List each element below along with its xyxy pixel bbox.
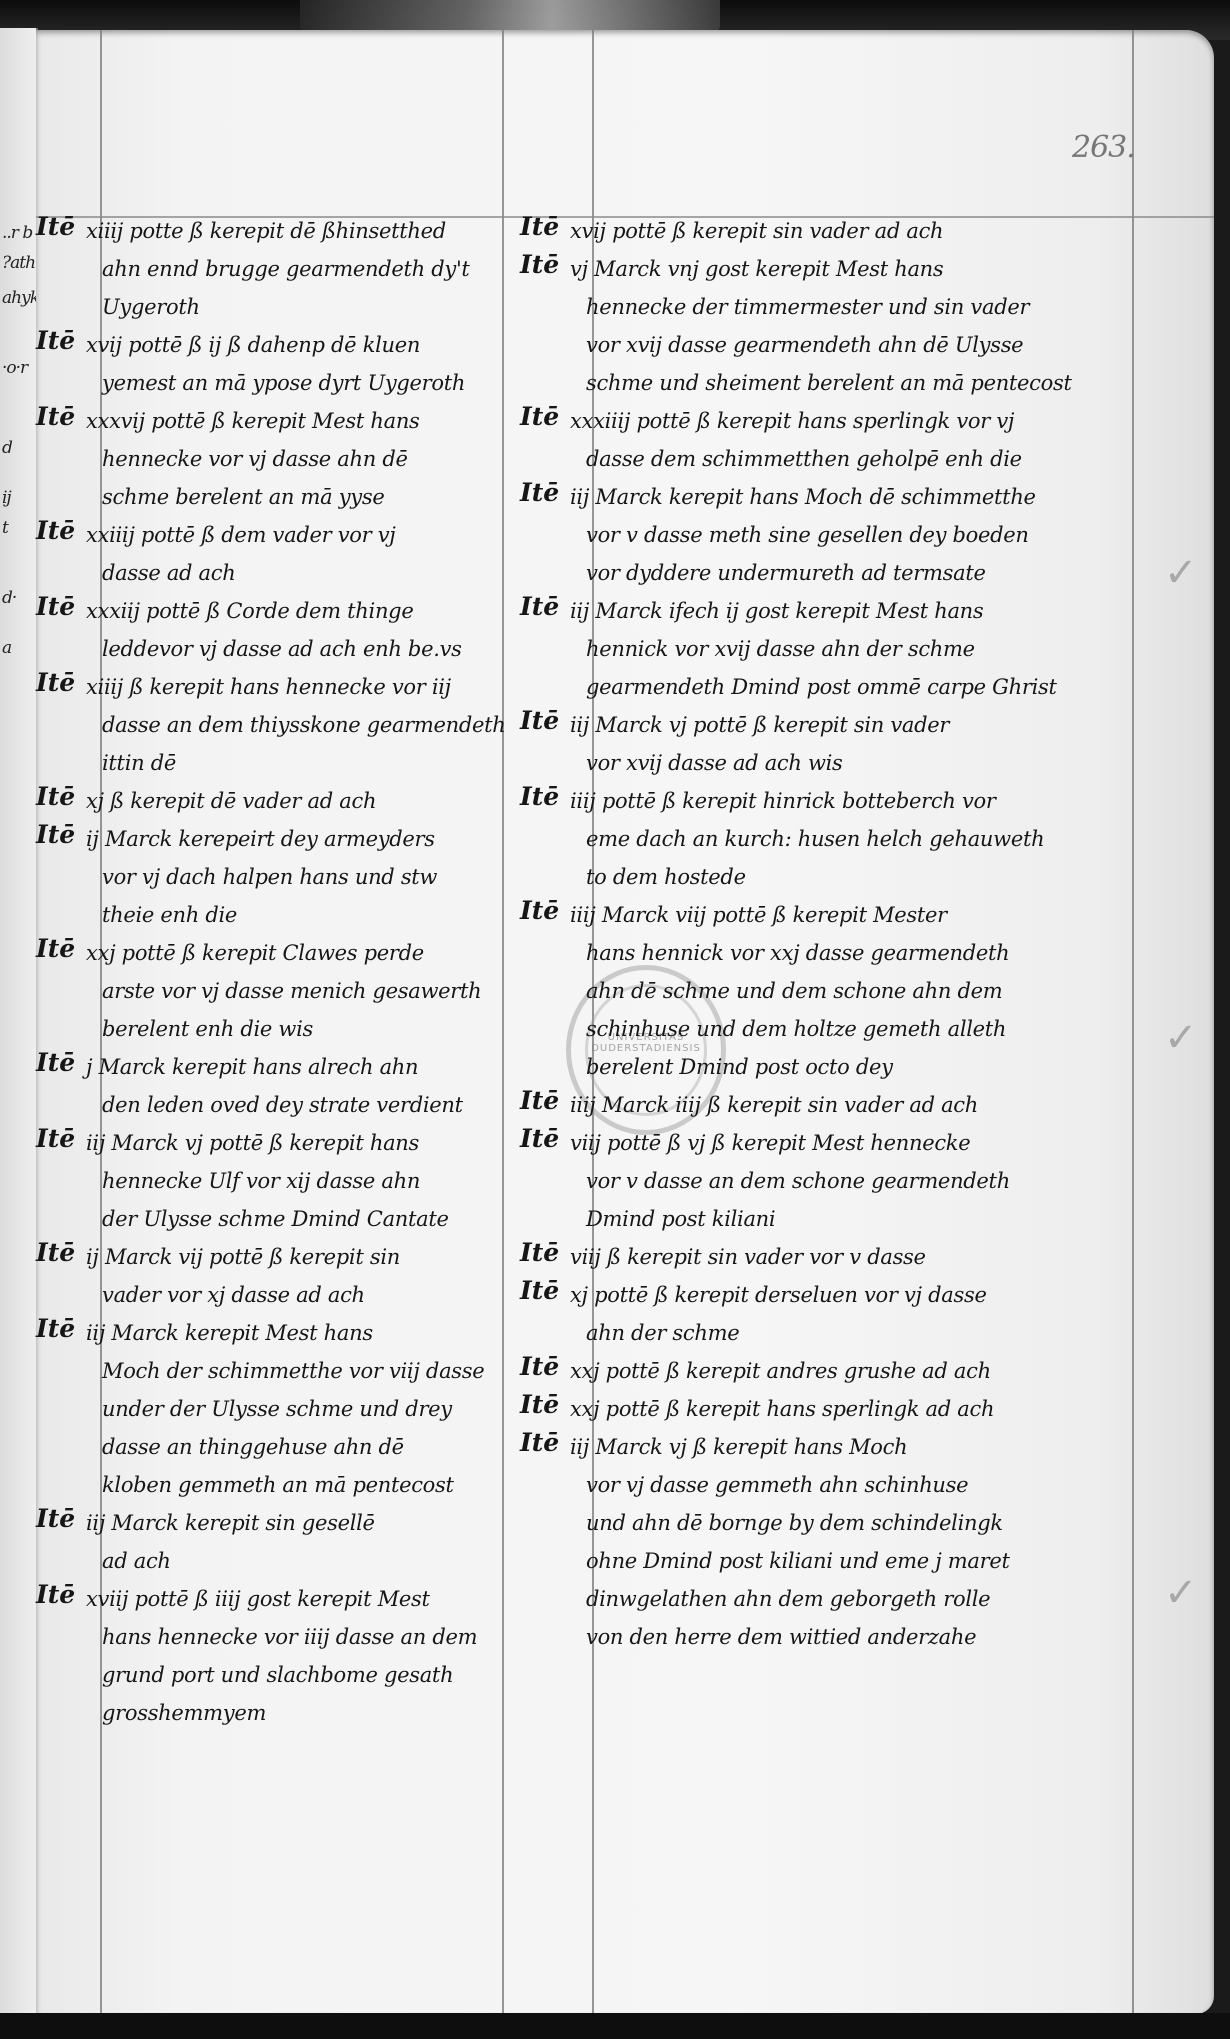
ledger-entry: Itē xxiiij pottē ß dem vader vor vj dass… [36, 516, 514, 592]
left-column-entries: Itē xiiij potte ß kerepit dē ßhinsetthed… [36, 212, 514, 1732]
entry-line: iij Marck kerepit hans Moch dē schimmett… [520, 478, 1140, 516]
item-marker: Itē [520, 1352, 559, 1381]
entry-line: xiiij ß kerepit hans hennecke vor iij [36, 668, 514, 706]
ledger-entry: Itē iij Marck ifech ij gost kerepit Mest… [520, 592, 1140, 706]
entry-line: ij Marck vij pottē ß kerepit sin [36, 1238, 514, 1276]
entry-line: xviij pottē ß iiij gost kerepit Mest [36, 1580, 514, 1618]
ledger-entry: Itē xiiij ß kerepit hans hennecke vor ii… [36, 668, 514, 782]
item-marker: Itē [520, 1390, 559, 1419]
item-marker: Itē [520, 1276, 559, 1305]
ledger-entry: Itē xviij pottē ß iiij gost kerepit Mest… [36, 1580, 514, 1732]
entry-line: iiij Marck viij pottē ß kerepit Mester [520, 896, 1140, 934]
entry-line: iiij Marck iiij ß kerepit sin vader ad a… [520, 1086, 1140, 1124]
entry-line: xj ß kerepit dē vader ad ach [36, 782, 514, 820]
entry-line: berelent enh die wis [36, 1010, 514, 1048]
ledger-entry: Itē xxxvij pottē ß kerepit Mest hans hen… [36, 402, 514, 516]
item-marker: Itē [520, 1086, 559, 1115]
item-marker: Itē [520, 1238, 559, 1267]
entry-line: hennecke Ulf vor xij dasse ahn [36, 1162, 514, 1200]
entry-line: under der Ulysse schme und drey [36, 1390, 514, 1428]
entry-line: hennick vor xvij dasse ahn der schme [520, 630, 1140, 668]
entry-line: gearmendeth Dmind post ommē carpe Ghrist [520, 668, 1140, 706]
prev-page-fragment: ahyk [2, 288, 38, 308]
ledger-entry: Itē ij Marck kerepeirt dey armeyders vor… [36, 820, 514, 934]
prev-page-fragment: ·o·r [2, 358, 27, 378]
entry-line: iij Marck kerepit sin gesellē [36, 1504, 514, 1542]
entry-line: vj Marck vnj gost kerepit Mest hans [520, 250, 1140, 288]
entry-line: schme und sheiment berelent an mā pentec… [520, 364, 1140, 402]
item-marker: Itē [520, 1428, 559, 1457]
entry-line: iij Marck ifech ij gost kerepit Mest han… [520, 592, 1140, 630]
ledger-entry: Itē xxj pottē ß kerepit andres grushe ad… [520, 1352, 1140, 1390]
entry-line: berelent Dmind post octo dey [520, 1048, 1140, 1086]
entry-line: ahn dē schme und dem schone ahn dem [520, 972, 1140, 1010]
entry-line: arste vor vj dasse menich gesawerth [36, 972, 514, 1010]
entry-line: ittin dē [36, 744, 514, 782]
item-marker: Itē [36, 1124, 75, 1153]
ledger-entry: Itē iij Marck vj pottē ß kerepit hans he… [36, 1124, 514, 1238]
checkmark-icon: ✓ [1164, 1570, 1198, 1616]
entry-line: xxj pottē ß kerepit Clawes perde [36, 934, 514, 972]
entry-line: iij Marck kerepit Mest hans [36, 1314, 514, 1352]
item-marker: Itē [520, 250, 559, 279]
entry-line: vor xvij dasse ad ach wis [520, 744, 1140, 782]
ledger-entry: Itē xj ß kerepit dē vader ad ach [36, 782, 514, 820]
ledger-entry: Itē xxxiiij pottē ß kerepit hans sperlin… [520, 402, 1140, 478]
entry-line: ohne Dmind post kiliani und eme j maret [520, 1542, 1140, 1580]
entry-line: ahn ennd brugge gearmendeth dy't [36, 250, 514, 288]
item-marker: Itē [520, 592, 559, 621]
ledger-entry: Itē xvij pottē ß ij ß dahenp dē kluen ye… [36, 326, 514, 402]
entry-line: xxxiij pottē ß Corde dem thinge [36, 592, 514, 630]
entry-line: iij Marck vj pottē ß kerepit hans [36, 1124, 514, 1162]
ledger-entry: Itē vj Marck vnj gost kerepit Mest hans … [520, 250, 1140, 402]
entry-line: iij Marck vj pottē ß kerepit sin vader [520, 706, 1140, 744]
entry-line: von den herre dem wittied anderzahe [520, 1618, 1140, 1656]
entry-line: vor v dasse an dem schone gearmendeth [520, 1162, 1140, 1200]
item-marker: Itē [36, 402, 75, 431]
entry-line: dasse an dem thiysskone gearmendeth [36, 706, 514, 744]
entry-line: xxj pottē ß kerepit hans sperlingk ad ac… [520, 1390, 1140, 1428]
entry-line: ad ach [36, 1542, 514, 1580]
ledger-entry: Itē xxj pottē ß kerepit Clawes perde ars… [36, 934, 514, 1048]
entry-line: Moch der schimmetthe vor viij dasse [36, 1352, 514, 1390]
item-marker: Itē [36, 820, 75, 849]
entry-line: iij Marck vj ß kerepit hans Moch [520, 1428, 1140, 1466]
entry-line: hans hennecke vor iiij dasse an dem [36, 1618, 514, 1656]
item-marker: Itē [36, 1314, 75, 1343]
entry-line: vor dyddere undermureth ad termsate [520, 554, 1140, 592]
item-marker: Itē [520, 1124, 559, 1153]
entry-line: xxiiij pottē ß dem vader vor vj [36, 516, 514, 554]
item-marker: Itē [520, 402, 559, 431]
item-marker: Itē [520, 706, 559, 735]
ledger-entry: Itē viij pottē ß vj ß kerepit Mest henne… [520, 1124, 1140, 1238]
entry-line: vor vj dach halpen hans und stw [36, 858, 514, 896]
entry-line: xvij pottē ß kerepit sin vader ad ach [520, 212, 1140, 250]
ledger-entry: Itē xxj pottē ß kerepit hans sperlingk a… [520, 1390, 1140, 1428]
entry-line: dasse an thinggehuse ahn dē [36, 1428, 514, 1466]
entry-line: kloben gemmeth an mā pentecost [36, 1466, 514, 1504]
entry-line: eme dach an kurch: husen helch gehauweth [520, 820, 1140, 858]
ledger-entry: Itē ij Marck vij pottē ß kerepit sin vad… [36, 1238, 514, 1314]
item-marker: Itē [36, 326, 75, 355]
prev-page-fragment: d [2, 438, 12, 458]
prev-page-fragment: ..r b [2, 223, 32, 243]
ledger-entry: Itē xxxiij pottē ß Corde dem thinge ledd… [36, 592, 514, 668]
prev-page-fragment: ?ath [2, 253, 35, 273]
entry-line: grosshemmyem [36, 1694, 514, 1732]
entry-line: ahn der schme [520, 1314, 1140, 1352]
entry-line: schme berelent an mā yyse [36, 478, 514, 516]
entry-line: vor xvij dasse gearmendeth ahn dē Ulysse [520, 326, 1140, 364]
entry-line: dinwgelathen ahn dem geborgeth rolle [520, 1580, 1140, 1618]
item-marker: Itē [520, 478, 559, 507]
prev-page-fragment: ij [2, 488, 11, 508]
entry-line: schinhuse und dem holtze gemeth alleth [520, 1010, 1140, 1048]
ledger-entry: Itē iij Marck vj pottē ß kerepit sin vad… [520, 706, 1140, 782]
ledger-entry: Itē xj pottē ß kerepit derseluen vor vj … [520, 1276, 1140, 1352]
entry-line: der Ulysse schme Dmind Cantate [36, 1200, 514, 1238]
entry-line: Uygeroth [36, 288, 514, 326]
item-marker: Itē [520, 782, 559, 811]
entry-line: dasse ad ach [36, 554, 514, 592]
ledger-entry: Itē iij Marck kerepit hans Moch dē schim… [520, 478, 1140, 592]
entry-line: hans hennick vor xxj dasse gearmendeth [520, 934, 1140, 972]
entry-line: vor vj dasse gemmeth ahn schinhuse [520, 1466, 1140, 1504]
item-marker: Itē [36, 934, 75, 963]
scan-background-bottom [0, 2013, 1230, 2039]
prev-page-fragment: a [2, 638, 11, 658]
ledger-entry: Itē iij Marck kerepit Mest hans Moch der… [36, 1314, 514, 1504]
entry-line: hennecke vor vj dasse ahn dē [36, 440, 514, 478]
item-marker: Itē [36, 212, 75, 241]
ledger-entry: Itē viij ß kerepit sin vader vor v dasse [520, 1238, 1140, 1276]
right-column-entries: Itē xvij pottē ß kerepit sin vader ad ac… [520, 212, 1140, 1656]
entry-line: den leden oved dey strate verdient [36, 1086, 514, 1124]
entry-line: xxxvij pottē ß kerepit Mest hans [36, 402, 514, 440]
entry-line: dasse dem schimmetthen geholpē enh die [520, 440, 1140, 478]
entry-line: xxj pottē ß kerepit andres grushe ad ach [520, 1352, 1140, 1390]
ledger-entry: Itē iiij pottē ß kerepit hinrick bottebe… [520, 782, 1140, 896]
entry-line: grund port und slachbome gesath [36, 1656, 514, 1694]
ledger-entry: Itē xiiij potte ß kerepit dē ßhinsetthed… [36, 212, 514, 326]
entry-line: xxxiiij pottē ß kerepit hans sperlingk v… [520, 402, 1140, 440]
ledger-entry: Itē iij Marck kerepit sin gesellē ad ach [36, 1504, 514, 1580]
entry-line: to dem hostede [520, 858, 1140, 896]
item-marker: Itē [36, 1238, 75, 1267]
checkmark-icon: ✓ [1164, 1015, 1198, 1061]
entry-line: ij Marck kerepeirt dey armeyders [36, 820, 514, 858]
item-marker: Itē [520, 212, 559, 241]
item-marker: Itē [36, 516, 75, 545]
scanner-glare [300, 0, 720, 32]
ledger-entry: Itē iiij Marck iiij ß kerepit sin vader … [520, 1086, 1140, 1124]
folio-number: 263. [1072, 130, 1135, 165]
entry-line: viij ß kerepit sin vader vor v dasse [520, 1238, 1140, 1276]
entry-line: xiiij potte ß kerepit dē ßhinsetthed [36, 212, 514, 250]
entry-line: Dmind post kiliani [520, 1200, 1140, 1238]
item-marker: Itē [520, 896, 559, 925]
entry-line: viij pottē ß vj ß kerepit Mest hennecke [520, 1124, 1140, 1162]
checkmark-icon: ✓ [1164, 550, 1198, 596]
item-marker: Itē [36, 1048, 75, 1077]
entry-line: vor v dasse meth sine gesellen dey boede… [520, 516, 1140, 554]
entry-line: theie enh die [36, 896, 514, 934]
entry-line: j Marck kerepit hans alrech ahn [36, 1048, 514, 1086]
ledger-entry: Itē j Marck kerepit hans alrech ahn den … [36, 1048, 514, 1124]
ledger-entry: Itē iiij Marck viij pottē ß kerepit Mest… [520, 896, 1140, 1086]
ledger-entry: Itē xvij pottē ß kerepit sin vader ad ac… [520, 212, 1140, 250]
item-marker: Itē [36, 592, 75, 621]
prev-page-fragment: d· [2, 588, 16, 608]
entry-line: leddevor vj dasse ad ach enh be.vs [36, 630, 514, 668]
item-marker: Itē [36, 782, 75, 811]
item-marker: Itē [36, 1504, 75, 1533]
item-marker: Itē [36, 1580, 75, 1609]
entry-line: xvij pottē ß ij ß dahenp dē kluen [36, 326, 514, 364]
entry-line: xj pottē ß kerepit derseluen vor vj dass… [520, 1276, 1140, 1314]
entry-line: hennecke der timmermester und sin vader [520, 288, 1140, 326]
entry-line: iiij pottē ß kerepit hinrick botteberch … [520, 782, 1140, 820]
entry-line: yemest an mā ypose dyrt Uygeroth [36, 364, 514, 402]
item-marker: Itē [36, 668, 75, 697]
previous-page-edge: ..r b ?ath ahyk ·o·r d ij t d· a [0, 28, 38, 2018]
entry-line: und ahn dē bornge by dem schindelingk [520, 1504, 1140, 1542]
prev-page-fragment: t [2, 518, 8, 538]
ledger-entry: Itē iij Marck vj ß kerepit hans Moch vor… [520, 1428, 1140, 1656]
entry-line: vader vor xj dasse ad ach [36, 1276, 514, 1314]
